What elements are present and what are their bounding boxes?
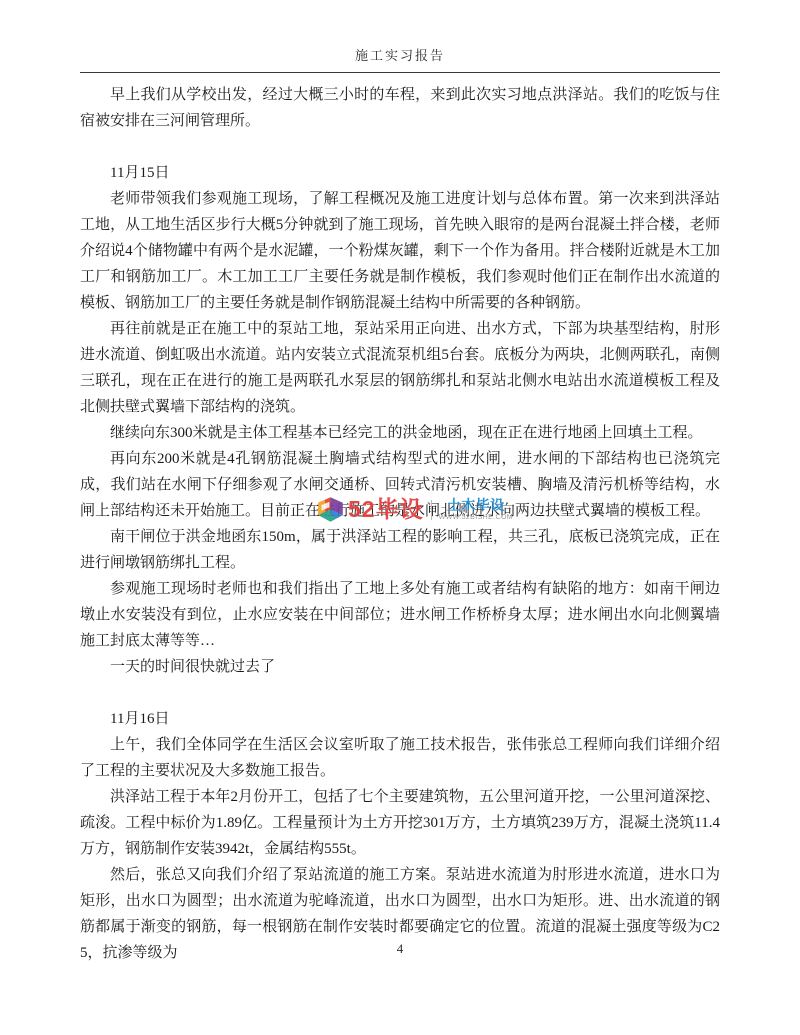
paragraph-site-tour: 老师带领我们参观施工现场，了解工程概况及施工进度计划与总体布置。第一次来到洪泽站… [80,186,720,316]
document-body: 早上我们从学校出发，经过大概三小时的车程，来到此次实习地点洪泽站。我们的吃饭与住… [0,73,800,966]
header-title: 施工实习报告 [80,45,720,64]
page-number: 4 [0,941,800,957]
page-header: 施工实习报告 [80,0,720,73]
document-page: 施工实习报告 早上我们从学校出发，经过大概三小时的车程，来到此次实习地点洪泽站。… [0,0,800,1035]
paragraph-tech-report: 上午，我们全体同学在生活区会议室听取了施工技术报告，张伟张总工程师向我们详细介绍… [80,732,720,784]
paragraph-pump-station: 再往前就是正在施工中的泵站工地，泵站采用正向进、出水方式，下部为块基型结构，肘形… [80,316,720,420]
paragraph-arrival: 早上我们从学校出发，经过大概三小时的车程，来到此次实习地点洪泽站。我们的吃饭与住… [80,82,720,134]
date-heading-nov-16: 11月16日 [80,706,720,732]
paragraph-south-gate: 南干闸位于洪金地函东150m，属于洪泽站工程的影响工程，共三孔，底板已浇筑完成，… [80,524,720,576]
paragraph-culvert: 继续向东300米就是主体工程基本已经完工的洪金地函，现在正在进行地函上回填土工程… [80,420,720,446]
date-heading-nov-15: 11月15日 [80,160,720,186]
paragraph-defects: 参观施工现场时老师也和我们指出了工地上多处有施工或者结构有缺陷的地方：如南干闸边… [80,576,720,654]
paragraph-intake-gate: 再向东200米就是4孔钢筋混凝土胸墙式结构型式的进水闸，进水闸的下部结构也已浇筑… [80,446,720,524]
paragraph-project-stats: 洪泽站工程于本年2月份开工，包括了七个主要建筑物，五公里河道开挖，一公里河道深挖… [80,784,720,862]
paragraph-day-end: 一天的时间很快就过去了 [80,654,720,680]
